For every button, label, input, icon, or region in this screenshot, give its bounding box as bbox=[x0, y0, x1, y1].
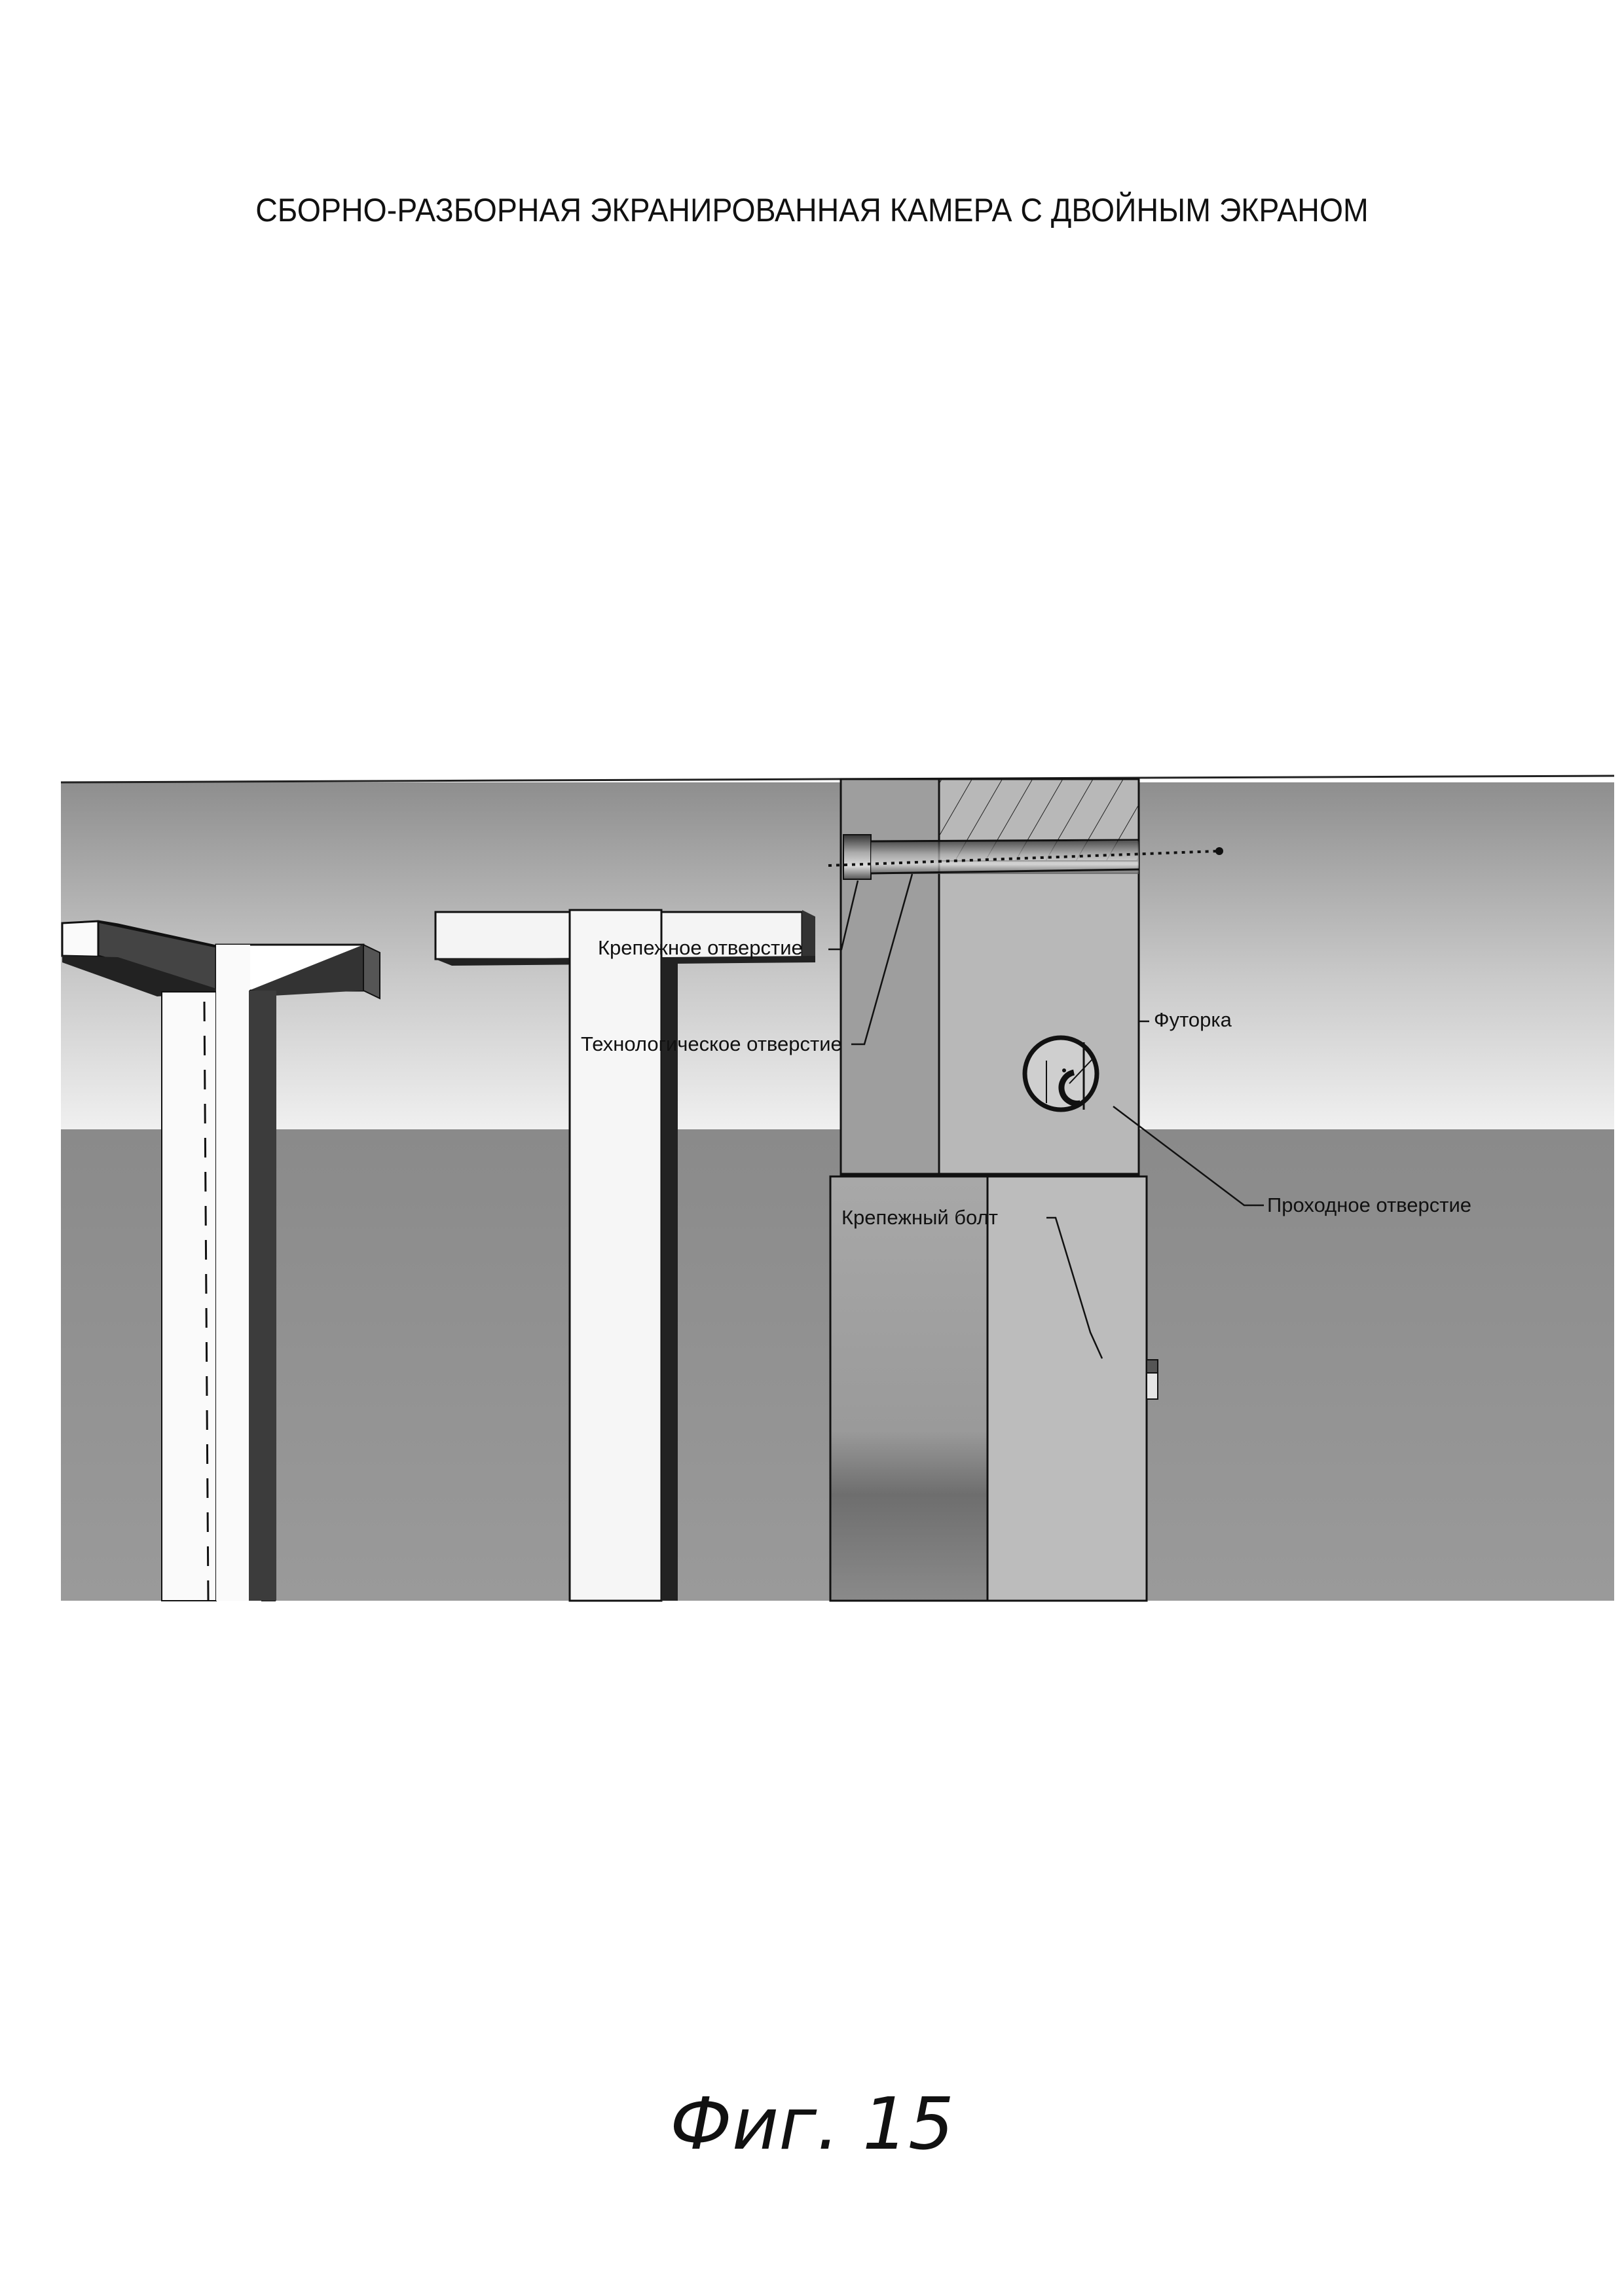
figure-caption: Фиг. 15 bbox=[0, 2082, 1624, 2166]
label-mounting-hole: Крепежное отверстие bbox=[598, 936, 803, 959]
technical-drawing: Крепежное отверстие Технологическое отве… bbox=[0, 0, 1624, 2296]
label-through-hole: Проходное отверстие bbox=[1267, 1194, 1471, 1216]
label-bushing: Футорка bbox=[1154, 1008, 1232, 1031]
bushing-icon bbox=[1025, 1038, 1097, 1110]
lower-concrete-block bbox=[830, 1176, 1158, 1601]
bolt-head-icon bbox=[1147, 1360, 1158, 1373]
label-technological-hole: Технологическое отверстие bbox=[581, 1032, 842, 1055]
label-mounting-bolt: Крепежный болт bbox=[841, 1206, 998, 1229]
